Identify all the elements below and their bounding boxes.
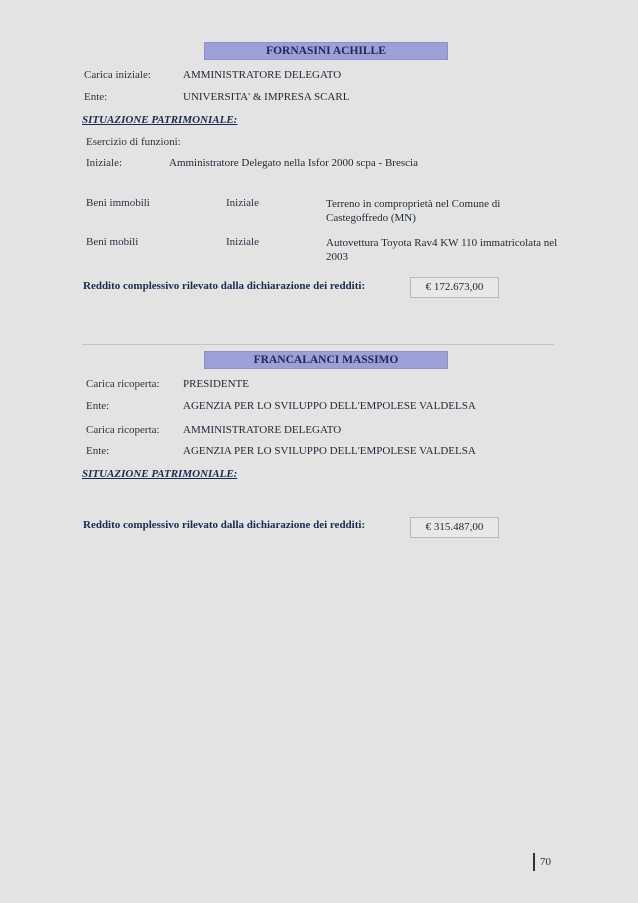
- asset-phase: Iniziale: [226, 197, 259, 209]
- functions-phase: Iniziale:: [86, 157, 122, 169]
- role-label: Carica iniziale:: [84, 69, 151, 81]
- entity-label: Ente:: [86, 400, 109, 412]
- entity-value: AGENZIA PER LO SVILUPPO DELL'EMPOLESE VA…: [183, 400, 476, 412]
- income-value: € 315.487,00: [410, 517, 499, 538]
- entity-value: UNIVERSITA' & IMPRESA SCARL: [183, 91, 349, 103]
- asset-description: Terreno in comproprietà nel Comune di Ca…: [326, 197, 526, 225]
- section-title-assets: SITUAZIONE PATRIMONIALE:: [82, 114, 237, 126]
- entity-label: Ente:: [84, 91, 107, 103]
- income-label: Reddito complessivo rilevato dalla dichi…: [83, 280, 365, 292]
- asset-type: Beni immobili: [86, 197, 150, 209]
- role-label: Carica ricoperta:: [86, 424, 160, 436]
- asset-phase: Iniziale: [226, 236, 259, 248]
- asset-description: Autovettura Toyota Rav4 KW 110 immatrico…: [326, 236, 566, 264]
- entity-value: AGENZIA PER LO SVILUPPO DELL'EMPOLESE VA…: [183, 445, 476, 457]
- page-number: 70: [533, 853, 551, 871]
- asset-type: Beni mobili: [86, 236, 138, 248]
- income-value: € 172.673,00: [410, 277, 499, 298]
- section-divider: [82, 344, 554, 345]
- functions-label: Esercizio di funzioni:: [86, 136, 181, 148]
- entity-label: Ente:: [86, 445, 109, 457]
- person-name-header: FORNASINI ACHILLE: [204, 42, 448, 60]
- role-value: AMMINISTRATORE DELEGATO: [183, 424, 341, 436]
- section-title-assets: SITUAZIONE PATRIMONIALE:: [82, 468, 237, 480]
- income-label: Reddito complessivo rilevato dalla dichi…: [83, 519, 365, 531]
- role-value: AMMINISTRATORE DELEGATO: [183, 69, 341, 81]
- functions-value: Amministratore Delegato nella Isfor 2000…: [169, 157, 418, 169]
- person-name-header: FRANCALANCI MASSIMO: [204, 351, 448, 369]
- role-value: PRESIDENTE: [183, 378, 249, 390]
- role-label: Carica ricoperta:: [86, 378, 160, 390]
